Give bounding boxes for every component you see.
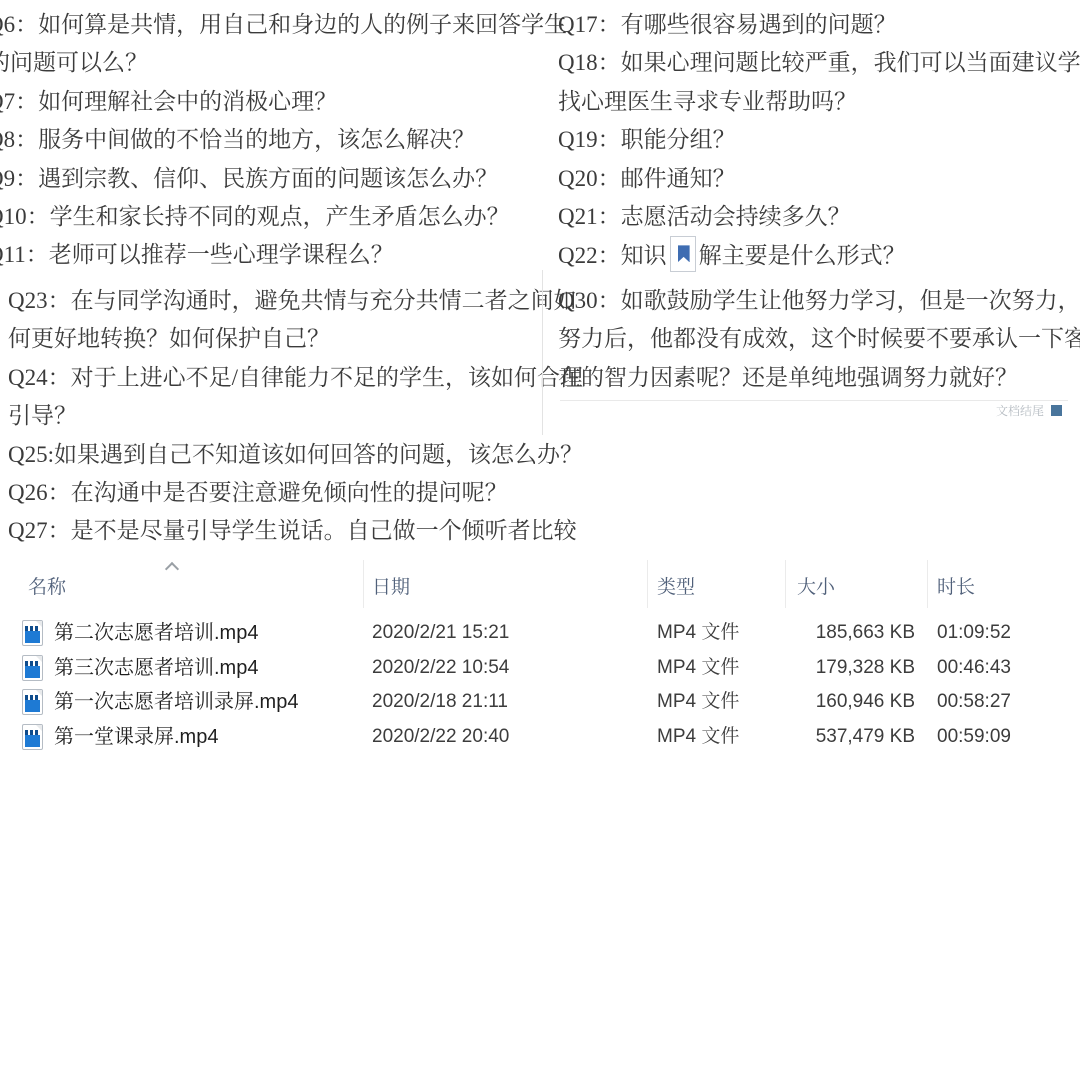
file-date: 2020/2/22 20:40 [372,720,509,755]
screenshot-root: { "document": { "left": { "block1": [ "Q… [0,0,1080,1080]
doc-line: 找心理医生寻求专业帮助吗？ [558,83,1080,121]
file-type: MP4 文件 [657,616,739,651]
column-separator [785,560,786,608]
file-row[interactable]: 第二次志愿者培训.mp4 2020/2/21 15:21 MP4 文件 185,… [0,616,1080,651]
file-date: 2020/2/18 21:11 [372,685,508,720]
document-end-label: 文档结尾 [996,404,1044,418]
column-header-duration[interactable]: 时长 [937,572,975,599]
doc-line: Q20：邮件通知？ [558,160,1080,198]
file-duration: 00:46:43 [937,651,1011,686]
doc-right-questions-q17-q22: Q17：有哪些很容易遇到的问题？Q18：如果心理问题比较严重，我们可以当面建议学… [558,6,1080,275]
doc-line: Q21：志愿活动会持续多久？ [558,198,1080,236]
file-row[interactable]: 第一次志愿者培训录屏.mp4 2020/2/18 21:11 MP4 文件 16… [0,685,1080,720]
doc-line: Q27：是不是尽量引导学生说话。自己做一个倾听者比较 [8,512,583,550]
file-list: 第二次志愿者培训.mp4 2020/2/21 15:21 MP4 文件 185,… [0,616,1080,755]
doc-line: Q30：如歌鼓励学生让他努力学习，但是一次努力，两次 [558,282,1080,320]
doc-line: Q9：遇到宗教、信仰、民族方面的问题该怎么办？ [0,160,567,198]
file-row[interactable]: 第三次志愿者培训.mp4 2020/2/22 10:54 MP4 文件 179,… [0,651,1080,686]
file-list-header: 名称 日期 类型 大小 时长 [0,558,1080,610]
file-type: MP4 文件 [657,651,739,686]
doc-line: Q7：如何理解社会中的消极心理？ [0,83,567,121]
video-file-icon [22,724,43,750]
file-type: MP4 文件 [657,720,739,755]
column-header-date[interactable]: 日期 [372,572,410,599]
file-date: 2020/2/22 10:54 [372,651,509,686]
bookmark-icon [678,245,690,262]
q22-text-prefix: Q22：知识 [558,243,667,268]
column-header-size[interactable]: 大小 [797,572,835,599]
doc-line: 何更好地转换？如何保护自己？ [8,320,583,358]
doc-line: 在的智力因素呢？还是单纯地强调努力就好？ [558,359,1080,397]
doc-line: 引导？ [8,397,583,435]
doc-line: Q10：学生和家长持不同的观点，产生矛盾怎么办？ [0,198,567,236]
file-type: MP4 文件 [657,685,739,720]
file-size: 537,479 KB [760,720,915,755]
video-file-icon [22,620,43,646]
doc-line: Q19：职能分组？ [558,121,1080,159]
doc-left-questions-q6-q11: Q6：如何算是共情，用自己和身边的人的例子来回答学生的问题可以么？Q7：如何理解… [0,6,567,275]
document-end-divider [560,400,1068,401]
file-duration: 00:58:27 [937,685,1011,720]
column-separator [927,560,928,608]
file-name: 第一堂课录屏.mp4 [54,720,218,755]
column-header-name[interactable]: 名称 [28,572,66,599]
document-end-marker: 文档结尾 [560,404,1062,418]
file-size: 185,663 KB [760,616,915,651]
column-separator [647,560,648,608]
doc-right-question-q30: Q30：如歌鼓励学生让他努力学习，但是一次努力，两次努力后，他都没有成效，这个时… [558,282,1080,397]
q22-text-suffix: 解主要是什么形式？ [699,243,906,268]
document-end-square-icon [1051,405,1062,416]
file-name: 第三次志愿者培训.mp4 [54,651,258,686]
doc-line-q22: Q22：知识解主要是什么形式？ [558,236,1080,274]
doc-left-questions-q23-q27: Q23：在与同学沟通时，避免共情与充分共情二者之间如何更好地转换？如何保护自己？… [8,282,583,551]
doc-line: Q24：对于上进心不足/自律能力不足的学生，该如何合理 [8,359,583,397]
file-row[interactable]: 第一堂课录屏.mp4 2020/2/22 20:40 MP4 文件 537,47… [0,720,1080,755]
video-file-icon [22,689,43,715]
file-duration: 01:09:52 [937,616,1011,651]
doc-line: 的问题可以么？ [0,44,567,82]
column-separator [363,560,364,608]
page-edge-divider [542,270,543,435]
doc-line: Q11：老师可以推荐一些心理学课程么？ [0,236,567,274]
file-duration: 00:59:09 [937,720,1011,755]
doc-line: Q17：有哪些很容易遇到的问题？ [558,6,1080,44]
file-size: 179,328 KB [760,651,915,686]
file-date: 2020/2/21 15:21 [372,616,509,651]
file-name: 第二次志愿者培训.mp4 [54,616,258,651]
doc-line: Q18：如果心理问题比较严重，我们可以当面建议学生去 [558,44,1080,82]
doc-line: Q6：如何算是共情，用自己和身边的人的例子来回答学生 [0,6,567,44]
doc-line: Q26：在沟通中是否要注意避免倾向性的提问呢？ [8,474,583,512]
doc-line: Q23：在与同学沟通时，避免共情与充分共情二者之间如 [8,282,583,320]
doc-line: Q25:如果遇到自己不知道该如何回答的问题，该怎么办？ [8,436,583,474]
sort-ascending-icon [165,562,179,576]
video-file-icon [22,655,43,681]
doc-line: Q8：服务中间做的不恰当的地方，该怎么解决？ [0,121,567,159]
column-header-type[interactable]: 类型 [657,572,695,599]
file-name: 第一次志愿者培训录屏.mp4 [54,685,298,720]
file-size: 160,946 KB [760,685,915,720]
bookmark-marker[interactable] [670,236,696,272]
doc-line: 努力后，他都没有成效，这个时候要不要承认一下客观存 [558,320,1080,358]
